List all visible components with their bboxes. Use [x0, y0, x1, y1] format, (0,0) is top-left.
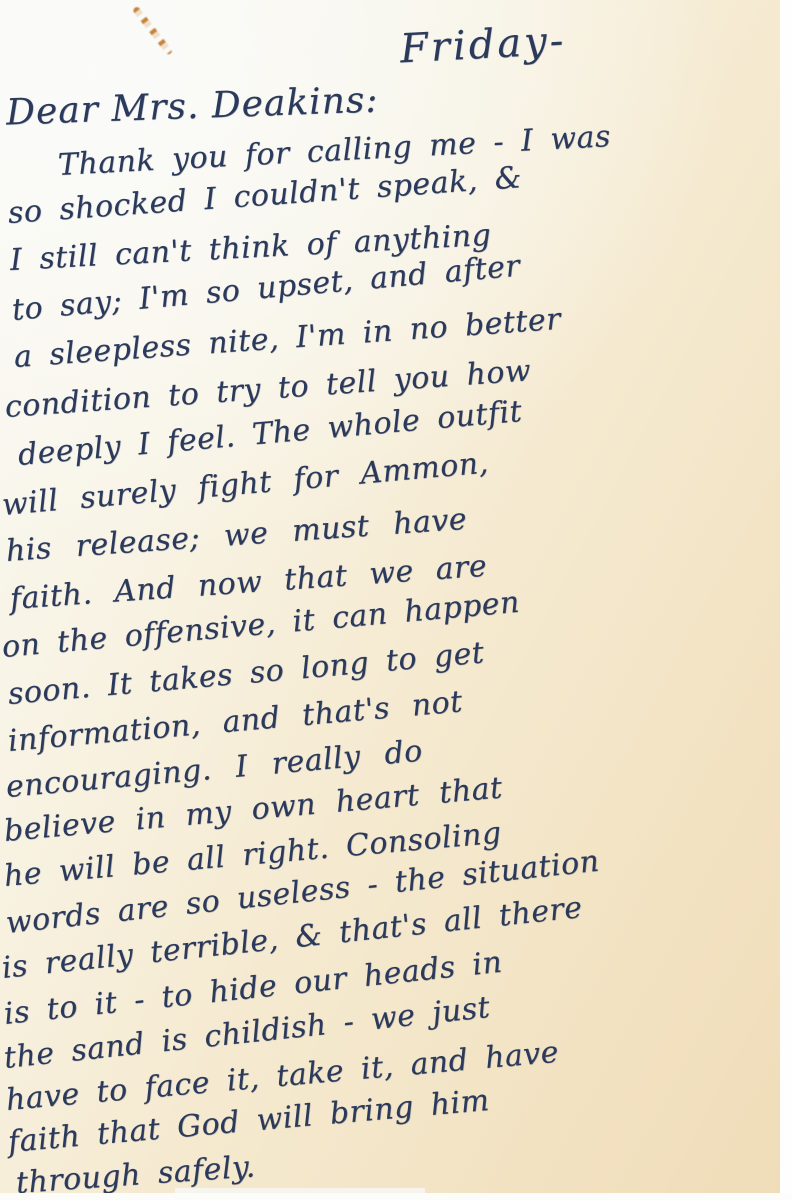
scan-edge-bottom: [0, 1193, 792, 1200]
letter-paper: Friday- Dear Mrs. Deakins: Thank you for…: [0, 0, 792, 1200]
salutation: Dear Mrs. Deakins:: [5, 80, 379, 134]
rust-stain: [132, 6, 173, 56]
scan-edge-right: [780, 0, 792, 1200]
date-line: Friday-: [399, 18, 567, 73]
